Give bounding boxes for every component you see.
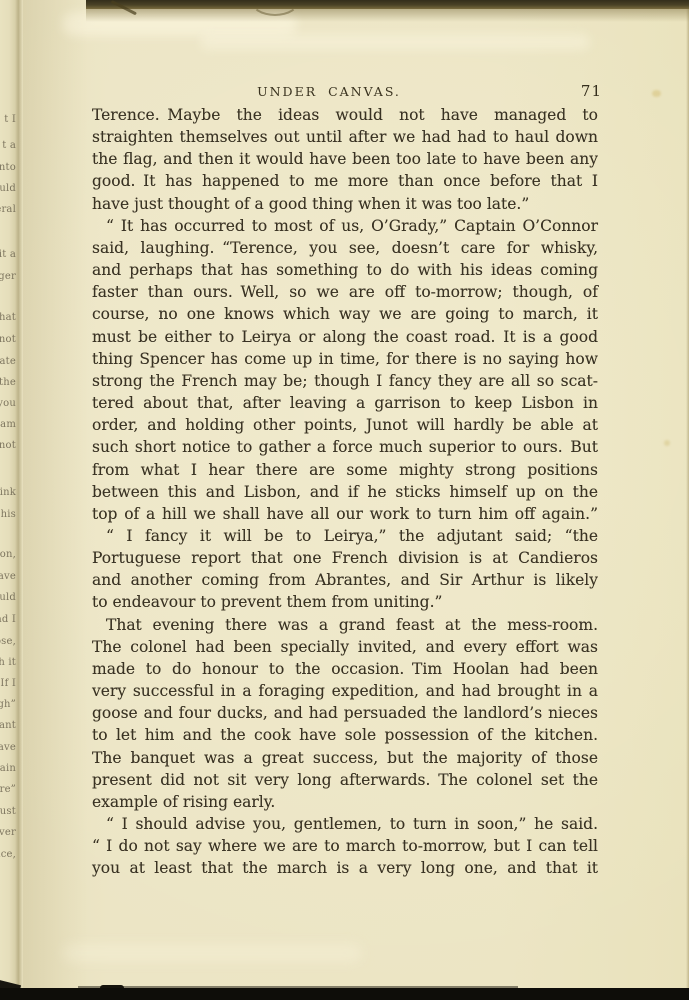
text-line: to let him and the cook have sole posses…	[92, 724, 598, 746]
bleedthrough-text-fragment: ent on,	[0, 549, 16, 560]
text-line: made to do honour to the occasion. Tim H…	[92, 658, 598, 680]
text-line: “ I should advise you, gentlemen, to tur…	[92, 813, 598, 835]
gutter-shadow	[23, 0, 88, 990]
text-line: have just thought of a good thing when i…	[92, 193, 598, 215]
scan-top-edge	[86, 0, 689, 9]
foxing-spot	[652, 90, 661, 97]
bleedthrough-text-fragment: djutant	[0, 720, 16, 731]
text-line: top of a hill we shall have all our work…	[92, 503, 598, 525]
text-line: must be either to Leirya or along the co…	[92, 326, 598, 348]
scanned-book-page: t It antooulderalit aggerthatd notrigate…	[0, 0, 689, 1000]
bleedthrough-text-fragment: with it	[0, 657, 16, 668]
bleedthrough-text-fragment: efore”	[0, 784, 16, 795]
bleedthrough-text-fragment: u have	[0, 742, 16, 753]
text-line: course, no one knows which way we are go…	[92, 303, 598, 325]
running-head: UNDER CANVAS. 71	[92, 84, 598, 102]
text-line: straighten themselves out until after we…	[92, 126, 598, 148]
text-line: from what I hear there are some mighty s…	[92, 459, 598, 481]
text-line: such short notice to gather a force much…	[92, 436, 598, 458]
bleedthrough-text-fragment: that	[0, 312, 16, 323]
bleedthrough-text-fragment: to the	[0, 377, 16, 388]
scan-top-edge-shadow	[86, 9, 689, 22]
bleedthrough-text-fragment: lad I	[0, 614, 16, 625]
text-line: Terence. Maybe the ideas would not have …	[92, 104, 598, 126]
text-line: order, and holding other points, Junot w…	[92, 414, 598, 436]
bleedthrough-text-fragment: rigate	[0, 356, 16, 367]
bleedthrough-text-fragment: en just	[0, 806, 16, 817]
bleedthrough-text-fragment: drink	[0, 487, 16, 498]
scan-bottom-edge	[0, 988, 689, 1000]
text-line: The colonel had been specially invited, …	[92, 636, 598, 658]
text-line: That evening there was a grand feast at …	[92, 614, 598, 636]
scanner-glare	[200, 34, 590, 50]
bleedthrough-text-fragment: ld not	[0, 440, 16, 451]
running-head-title: UNDER CANVAS.	[76, 84, 582, 99]
text-line: between this and Lisbon, and if he stick…	[92, 481, 598, 503]
bleedthrough-text-fragment: ropose,	[0, 636, 16, 647]
text-line: faster than ours. Well, so we are off to…	[92, 281, 598, 303]
bleedthrough-fragments: t It antooulderalit aggerthatd notrigate…	[0, 0, 18, 990]
bleedthrough-text-fragment: t I	[4, 114, 16, 125]
paragraph: That evening there was a grand feast at …	[92, 614, 598, 813]
adjacent-page-edge: t It antooulderalit aggerthatd notrigate…	[0, 0, 18, 990]
bleedthrough-text-fragment: t a	[2, 140, 16, 151]
text-line: the flag, and then it would have been to…	[92, 148, 598, 170]
paragraph: Terence. Maybe the ideas would not have …	[92, 104, 598, 215]
scanner-glare	[62, 944, 362, 962]
paragraph: “ I should advise you, gentlemen, to tur…	[92, 813, 598, 879]
foxing-spot	[664, 440, 670, 446]
bleedthrough-text-fragment: eral	[0, 204, 16, 215]
bleedthrough-text-fragment: I am	[0, 419, 16, 430]
bleedthrough-text-fragment: it a	[0, 249, 16, 260]
bleedthrough-text-fragment: . If I	[0, 678, 16, 689]
text-line: goose and four ducks, and had persuaded …	[92, 702, 598, 724]
paragraph: “ I fancy it will be to Leirya,” the adj…	[92, 525, 598, 614]
bleedthrough-text-fragment: should	[0, 592, 16, 603]
bleedthrough-text-fragment: d not	[0, 334, 16, 345]
text-line: “ I fancy it will be to Leirya,” the adj…	[92, 525, 598, 547]
text-line: example of rising early.	[92, 791, 598, 813]
bleedthrough-text-fragment: malice,	[0, 849, 16, 860]
text-line: “ I do not say where we are to march to-…	[92, 835, 598, 857]
text-line: and perhaps that has something to do wit…	[92, 259, 598, 281]
text-line: and another coming from Abrantes, and Si…	[92, 569, 598, 591]
text-line: you at least that the march is a very lo…	[92, 857, 598, 879]
bleedthrough-text-fragment: l, you	[0, 398, 16, 409]
text-line: said, laughing. “Terence, you see, doesn…	[92, 237, 598, 259]
text-line: to endeavour to prevent them from unitin…	[92, 591, 598, 613]
text-line: “ It has occurred to most of us, O’Grady…	[92, 215, 598, 237]
page-fold-line	[18, 0, 23, 990]
text-line: good. It has happened to me more than on…	[92, 170, 598, 192]
bleedthrough-text-fragment: ough”	[0, 699, 16, 710]
bleedthrough-text-fragment: cleaver	[0, 827, 16, 838]
text-line: thing Spencer has come up in time, for t…	[92, 348, 598, 370]
text-line: very successful in a foraging expedition…	[92, 680, 598, 702]
bleedthrough-text-fragment: gger	[0, 271, 16, 282]
page-text: Terence. Maybe the ideas would not have …	[92, 104, 598, 879]
bleedthrough-text-fragment: nto	[0, 162, 16, 173]
text-line: present did not sit very long afterwards…	[92, 769, 598, 791]
bleedthrough-text-fragment: r brain	[0, 763, 16, 774]
bleedthrough-text-fragment: I have	[0, 571, 16, 582]
text-line: Portuguese report that one French divisi…	[92, 547, 598, 569]
text-line: strong the French may be; though I fancy…	[92, 370, 598, 392]
paragraph: “ It has occurred to most of us, O’Grady…	[92, 215, 598, 525]
page-number: 71	[581, 82, 602, 100]
bleedthrough-text-fragment: to his	[0, 509, 16, 520]
text-line: The banquet was a great success, but the…	[92, 747, 598, 769]
bleedthrough-text-fragment: ould	[0, 183, 16, 194]
text-line: tered about that, after leaving a garris…	[92, 392, 598, 414]
